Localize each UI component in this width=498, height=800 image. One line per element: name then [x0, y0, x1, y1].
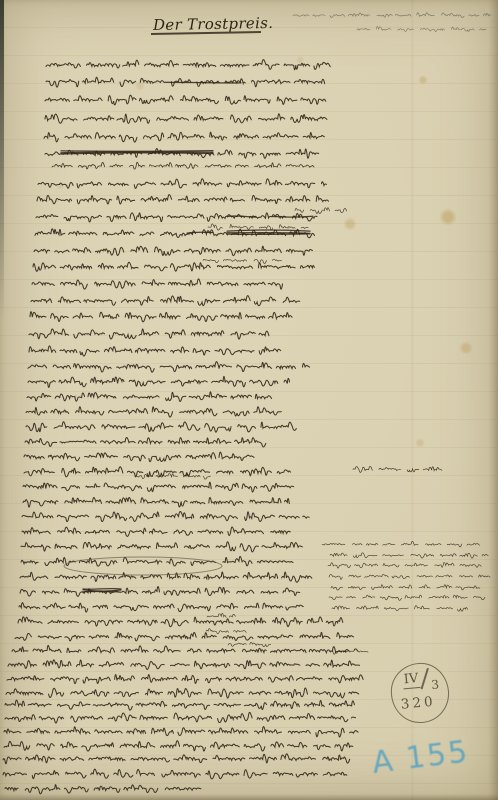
handwriting-line — [27, 392, 272, 402]
handwriting-line — [4, 727, 358, 737]
handwriting-line — [37, 195, 329, 204]
handwriting-line — [206, 629, 246, 634]
handwriting-line — [228, 642, 271, 646]
handwriting-line — [30, 312, 292, 322]
strikethrough-mark — [227, 233, 310, 234]
stamp-roman-numeral: IV — [402, 671, 420, 689]
handwriting-line — [3, 754, 350, 764]
handwriting-line — [135, 474, 210, 480]
handwriting-line — [24, 452, 254, 462]
strikethrough-mark — [61, 151, 213, 152]
handwriting-line — [12, 645, 358, 652]
handwriting-line — [207, 613, 235, 617]
handwriting-line — [7, 675, 363, 684]
handwriting-line — [357, 26, 486, 31]
handwriting-line — [208, 224, 308, 230]
handwriting-line — [329, 574, 490, 579]
handwriting-line — [329, 595, 485, 600]
handwriting-line — [26, 407, 281, 417]
handwriting-line — [328, 563, 481, 569]
handwriting-line — [5, 785, 201, 794]
handwriting-line — [8, 660, 360, 670]
handwriting-line — [26, 422, 296, 432]
stamp-slash — [421, 668, 429, 689]
handwriting-line — [295, 208, 347, 214]
handwriting-line — [52, 162, 314, 169]
handwriting-line — [18, 617, 343, 627]
handwriting-line — [29, 329, 269, 339]
handwriting-line — [23, 482, 294, 492]
handwriting-line — [21, 556, 293, 566]
handwriting-line — [33, 262, 314, 271]
strikethrough-mark — [83, 590, 121, 591]
handwriting-line — [25, 437, 266, 446]
stamp-denominator: 3 — [431, 677, 440, 692]
handwriting-line — [21, 542, 302, 552]
circled-phrase-annotation — [64, 557, 222, 575]
strikethrough-mark — [227, 230, 310, 231]
strikethrough-mark — [83, 589, 121, 590]
strikethrough-mark — [61, 152, 213, 153]
handwriting-line — [5, 700, 354, 710]
handwriting-line — [6, 688, 359, 698]
handwriting-line — [34, 246, 312, 255]
handwriting-line — [32, 279, 283, 289]
handwriting-line — [332, 606, 468, 612]
handwriting-line — [44, 132, 324, 142]
handwriting-line — [29, 346, 281, 356]
handwriting-line — [23, 497, 289, 507]
handwriting-line — [45, 95, 326, 105]
handwriting-line — [19, 603, 303, 612]
handwriting-line — [333, 650, 368, 654]
handwriting-line — [20, 587, 300, 597]
handwriting-line — [322, 541, 480, 547]
handwriting-line — [28, 376, 290, 387]
handwriting-line — [331, 585, 480, 590]
handwriting-line — [4, 741, 353, 751]
handwriting-line — [22, 512, 309, 522]
handwriting-line — [3, 769, 347, 779]
strikethrough-mark — [187, 232, 213, 233]
handwriting-line — [293, 13, 491, 18]
handwriting-line — [22, 527, 290, 536]
handwriting-line — [20, 572, 312, 582]
handwriting-line — [46, 60, 330, 70]
handwriting-line — [353, 466, 442, 472]
stamp-number: 320 — [400, 694, 436, 713]
handwriting-line — [15, 632, 354, 641]
handwriting-line — [330, 553, 488, 558]
handwriting-line — [5, 712, 356, 723]
handwriting-line — [36, 213, 317, 222]
handwriting-line — [45, 114, 327, 124]
handwriting-line — [31, 296, 300, 306]
manuscript-page: Der Trostpreis. IV 3 320 A 155 — [0, 0, 498, 800]
handwriting-line — [28, 362, 310, 373]
handwriting-line — [38, 179, 326, 189]
handwriting-line — [203, 259, 282, 263]
